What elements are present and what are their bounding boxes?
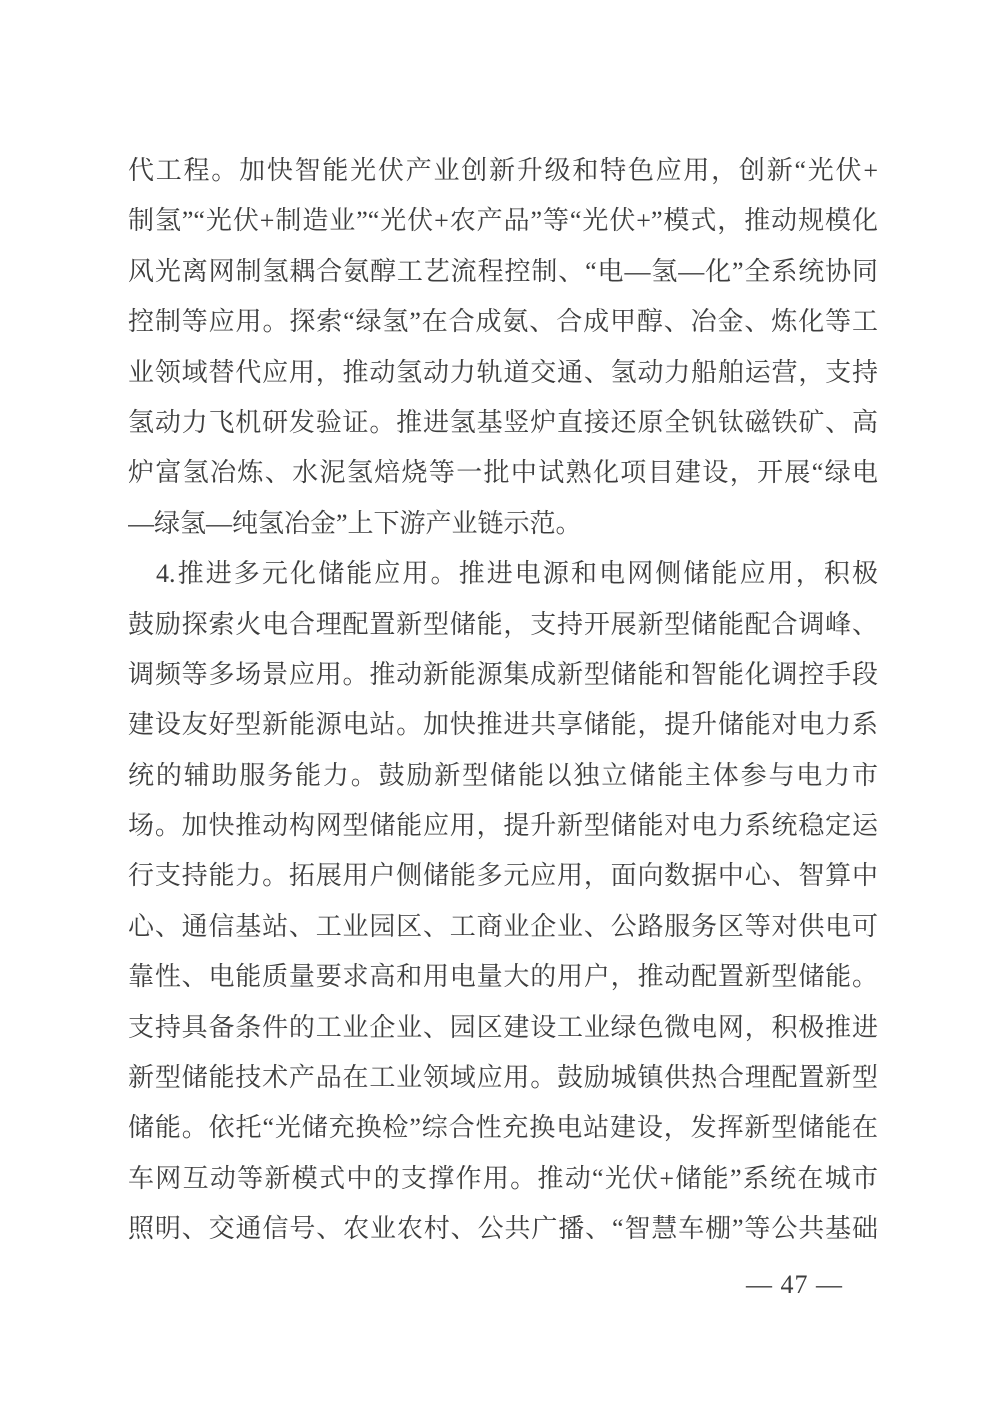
text-line-4: 控制等应用。探索“绿氢”在合成氨、合成甲醇、冶金、炼化等工 (128, 297, 878, 347)
text-line-8: —绿氢—纯氢冶金”上下游产业链示范。 (128, 499, 878, 549)
text-line-3: 风光离网制氢耦合氨醇工艺流程控制、“电—氢—化”全系统协同 (128, 247, 878, 297)
text-line-11: 调频等多场景应用。推动新能源集成新型储能和智能化调控手段 (128, 650, 878, 700)
document-body: 代工程。加快智能光伏产业创新升级和特色应用，创新“光伏+制氢”“光伏+制造业”“… (128, 146, 878, 1255)
text-line-21: 车网互动等新模式中的支撑作用。推动“光伏+储能”系统在城市 (128, 1154, 878, 1204)
text-line-19: 新型储能技术产品在工业领域应用。鼓励城镇供热合理配置新型 (128, 1053, 878, 1103)
text-line-16: 心、通信基站、工业园区、工商业企业、公路服务区等对供电可 (128, 902, 878, 952)
text-line-20: 储能。依托“光储充换检”综合性充换电站建设，发挥新型储能在 (128, 1103, 878, 1153)
text-line-14: 场。加快推动构网型储能应用，提升新型储能对电力系统稳定运 (128, 801, 878, 851)
text-line-13: 统的辅助服务能力。鼓励新型储能以独立储能主体参与电力市 (128, 751, 878, 801)
text-line-9: 4.推进多元化储能应用。推进电源和电网侧储能应用，积极 (128, 549, 878, 599)
text-line-7: 炉富氢冶炼、水泥氢焙烧等一批中试熟化项目建设，开展“绿电 (128, 448, 878, 498)
text-line-18: 支持具备条件的工业企业、园区建设工业绿色微电网，积极推进 (128, 1003, 878, 1053)
text-line-2: 制氢”“光伏+制造业”“光伏+农产品”等“光伏+”模式，推动规模化 (128, 196, 878, 246)
text-line-12: 建设友好型新能源电站。加快推进共享储能，提升储能对电力系 (128, 700, 878, 750)
page-number: — 47 — (746, 1268, 843, 1302)
document-page: 代工程。加快智能光伏产业创新升级和特色应用，创新“光伏+制氢”“光伏+制造业”“… (0, 0, 1000, 1414)
text-line-10: 鼓励探索火电合理配置新型储能，支持开展新型储能配合调峰、 (128, 600, 878, 650)
text-line-17: 靠性、电能质量要求高和用电量大的用户，推动配置新型储能。 (128, 952, 878, 1002)
text-line-6: 氢动力飞机研发验证。推进氢基竖炉直接还原全钒钛磁铁矿、高 (128, 398, 878, 448)
text-line-22: 照明、交通信号、农业农村、公共广播、“智慧车棚”等公共基础 (128, 1204, 878, 1254)
text-line-5: 业领域替代应用，推动氢动力轨道交通、氢动力船舶运营，支持 (128, 348, 878, 398)
text-line-1: 代工程。加快智能光伏产业创新升级和特色应用，创新“光伏+ (128, 146, 878, 196)
text-line-15: 行支持能力。拓展用户侧储能多元应用，面向数据中心、智算中 (128, 851, 878, 901)
